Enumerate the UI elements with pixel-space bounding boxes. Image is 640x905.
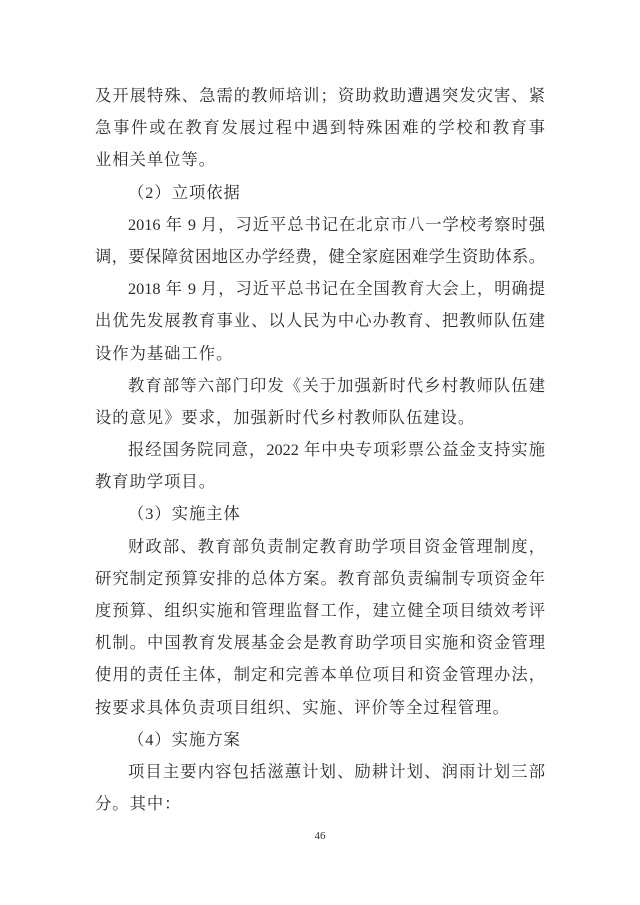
text-line: 项目主要内容包括滋蕙计划、励耕计划、润雨计划三部: [95, 756, 545, 788]
page-number: 46: [0, 829, 640, 843]
text-line: 度预算、组织实施和管理监督工作，建立健全项目绩效考评: [95, 595, 545, 627]
text-line: 教育部等六部门印发《关于加强新时代乡村教师队伍建: [95, 370, 545, 402]
text-line: 及开展特殊、急需的教师培训；资助救助遭遇突发灾害、紧: [95, 80, 545, 112]
text-line: 按要求具体负责项目组织、实施、评价等全过程管理。: [95, 692, 545, 724]
text-line: 设作为基础工作。: [95, 338, 545, 370]
text-line: 报经国务院同意，2022 年中央专项彩票公益金支持实施: [95, 434, 545, 466]
text-line: 研究制定预算安排的总体方案。教育部负责编制专项资金年: [95, 563, 545, 595]
text-line: 业相关单位等。: [95, 144, 545, 176]
text-line: 教育助学项目。: [95, 466, 545, 498]
text-line: 使用的责任主体，制定和完善本单位项目和资金管理办法，: [95, 659, 545, 691]
section-heading: （3）实施主体: [95, 498, 545, 530]
text-line: 调，要保障贫困地区办学经费，健全家庭困难学生资助体系。: [95, 241, 545, 273]
text-line: 分。其中：: [95, 788, 545, 820]
text-line: 机制。中国教育发展基金会是教育助学项目实施和资金管理: [95, 627, 545, 659]
section-heading: （2）立项依据: [95, 177, 545, 209]
text-line: 2016 年 9 月，习近平总书记在北京市八一学校考察时强: [95, 209, 545, 241]
text-line: 设的意见》要求，加强新时代乡村教师队伍建设。: [95, 402, 545, 434]
text-line: 2018 年 9 月，习近平总书记在全国教育大会上，明确提: [95, 273, 545, 305]
document-page: 及开展特殊、急需的教师培训；资助救助遭遇突发灾害、紧 急事件或在教育发展过程中遇…: [0, 0, 640, 905]
text-line: 出优先发展教育事业、以人民为中心办教育、把教师队伍建: [95, 305, 545, 337]
text-line: 财政部、教育部负责制定教育助学项目资金管理制度，: [95, 531, 545, 563]
document-body: 及开展特殊、急需的教师培训；资助救助遭遇突发灾害、紧 急事件或在教育发展过程中遇…: [95, 80, 545, 820]
section-heading: （4）实施方案: [95, 724, 545, 756]
text-line: 急事件或在教育发展过程中遇到特殊困难的学校和教育事: [95, 112, 545, 144]
